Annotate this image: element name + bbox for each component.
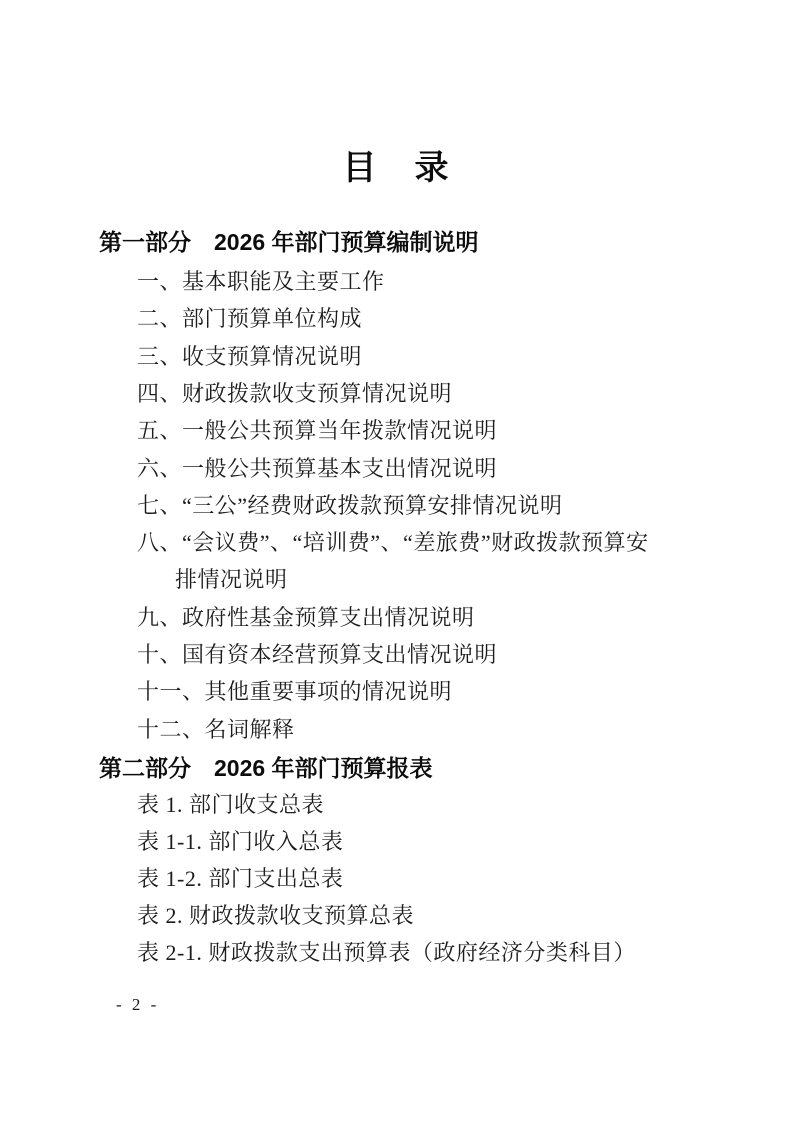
- toc-table-1-2: 表 1-2. 部门支出总表: [137, 862, 343, 893]
- part2-heading: 第二部分 2026 年部门预算报表: [99, 750, 433, 783]
- toc-item-8-continuation: 排情况说明: [175, 563, 288, 594]
- toc-table-2: 表 2. 财政拨款收支预算总表: [137, 899, 414, 930]
- toc-item-4: 四、财政拨款收支预算情况说明: [137, 377, 452, 408]
- toc-item-6: 六、一般公共预算基本支出情况说明: [137, 452, 497, 483]
- toc-item-10: 十、国有资本经营预算支出情况说明: [137, 638, 497, 669]
- toc-item-3: 三、收支预算情况说明: [137, 340, 362, 371]
- toc-item-8: 八、“会议费”、“培训费”、“差旅费”财政拨款预算安: [137, 526, 649, 557]
- toc-item-11: 十一、其他重要事项的情况说明: [137, 675, 452, 706]
- page-number: - 2 -: [116, 995, 159, 1015]
- toc-item-12: 十二、名词解释: [137, 713, 295, 744]
- toc-item-1: 一、基本职能及主要工作: [137, 265, 385, 296]
- toc-table-2-1: 表 2-1. 财政拨款支出预算表（政府经济分类科目）: [137, 936, 636, 967]
- toc-item-7: 七、“三公”经费财政拨款预算安排情况说明: [137, 489, 563, 520]
- part1-heading: 第一部分 2026 年部门预算编制说明: [99, 224, 479, 257]
- page-title: 目 录: [0, 140, 793, 189]
- toc-table-1-1: 表 1-1. 部门收入总表: [137, 825, 343, 856]
- document-page: 目 录 第一部分 2026 年部门预算编制说明 一、基本职能及主要工作 二、部门…: [0, 0, 793, 1122]
- toc-item-9: 九、政府性基金预算支出情况说明: [137, 601, 475, 632]
- toc-item-5: 五、一般公共预算当年拨款情况说明: [137, 414, 497, 445]
- toc-table-1: 表 1. 部门收支总表: [137, 788, 324, 819]
- toc-item-2: 二、部门预算单位构成: [137, 302, 362, 333]
